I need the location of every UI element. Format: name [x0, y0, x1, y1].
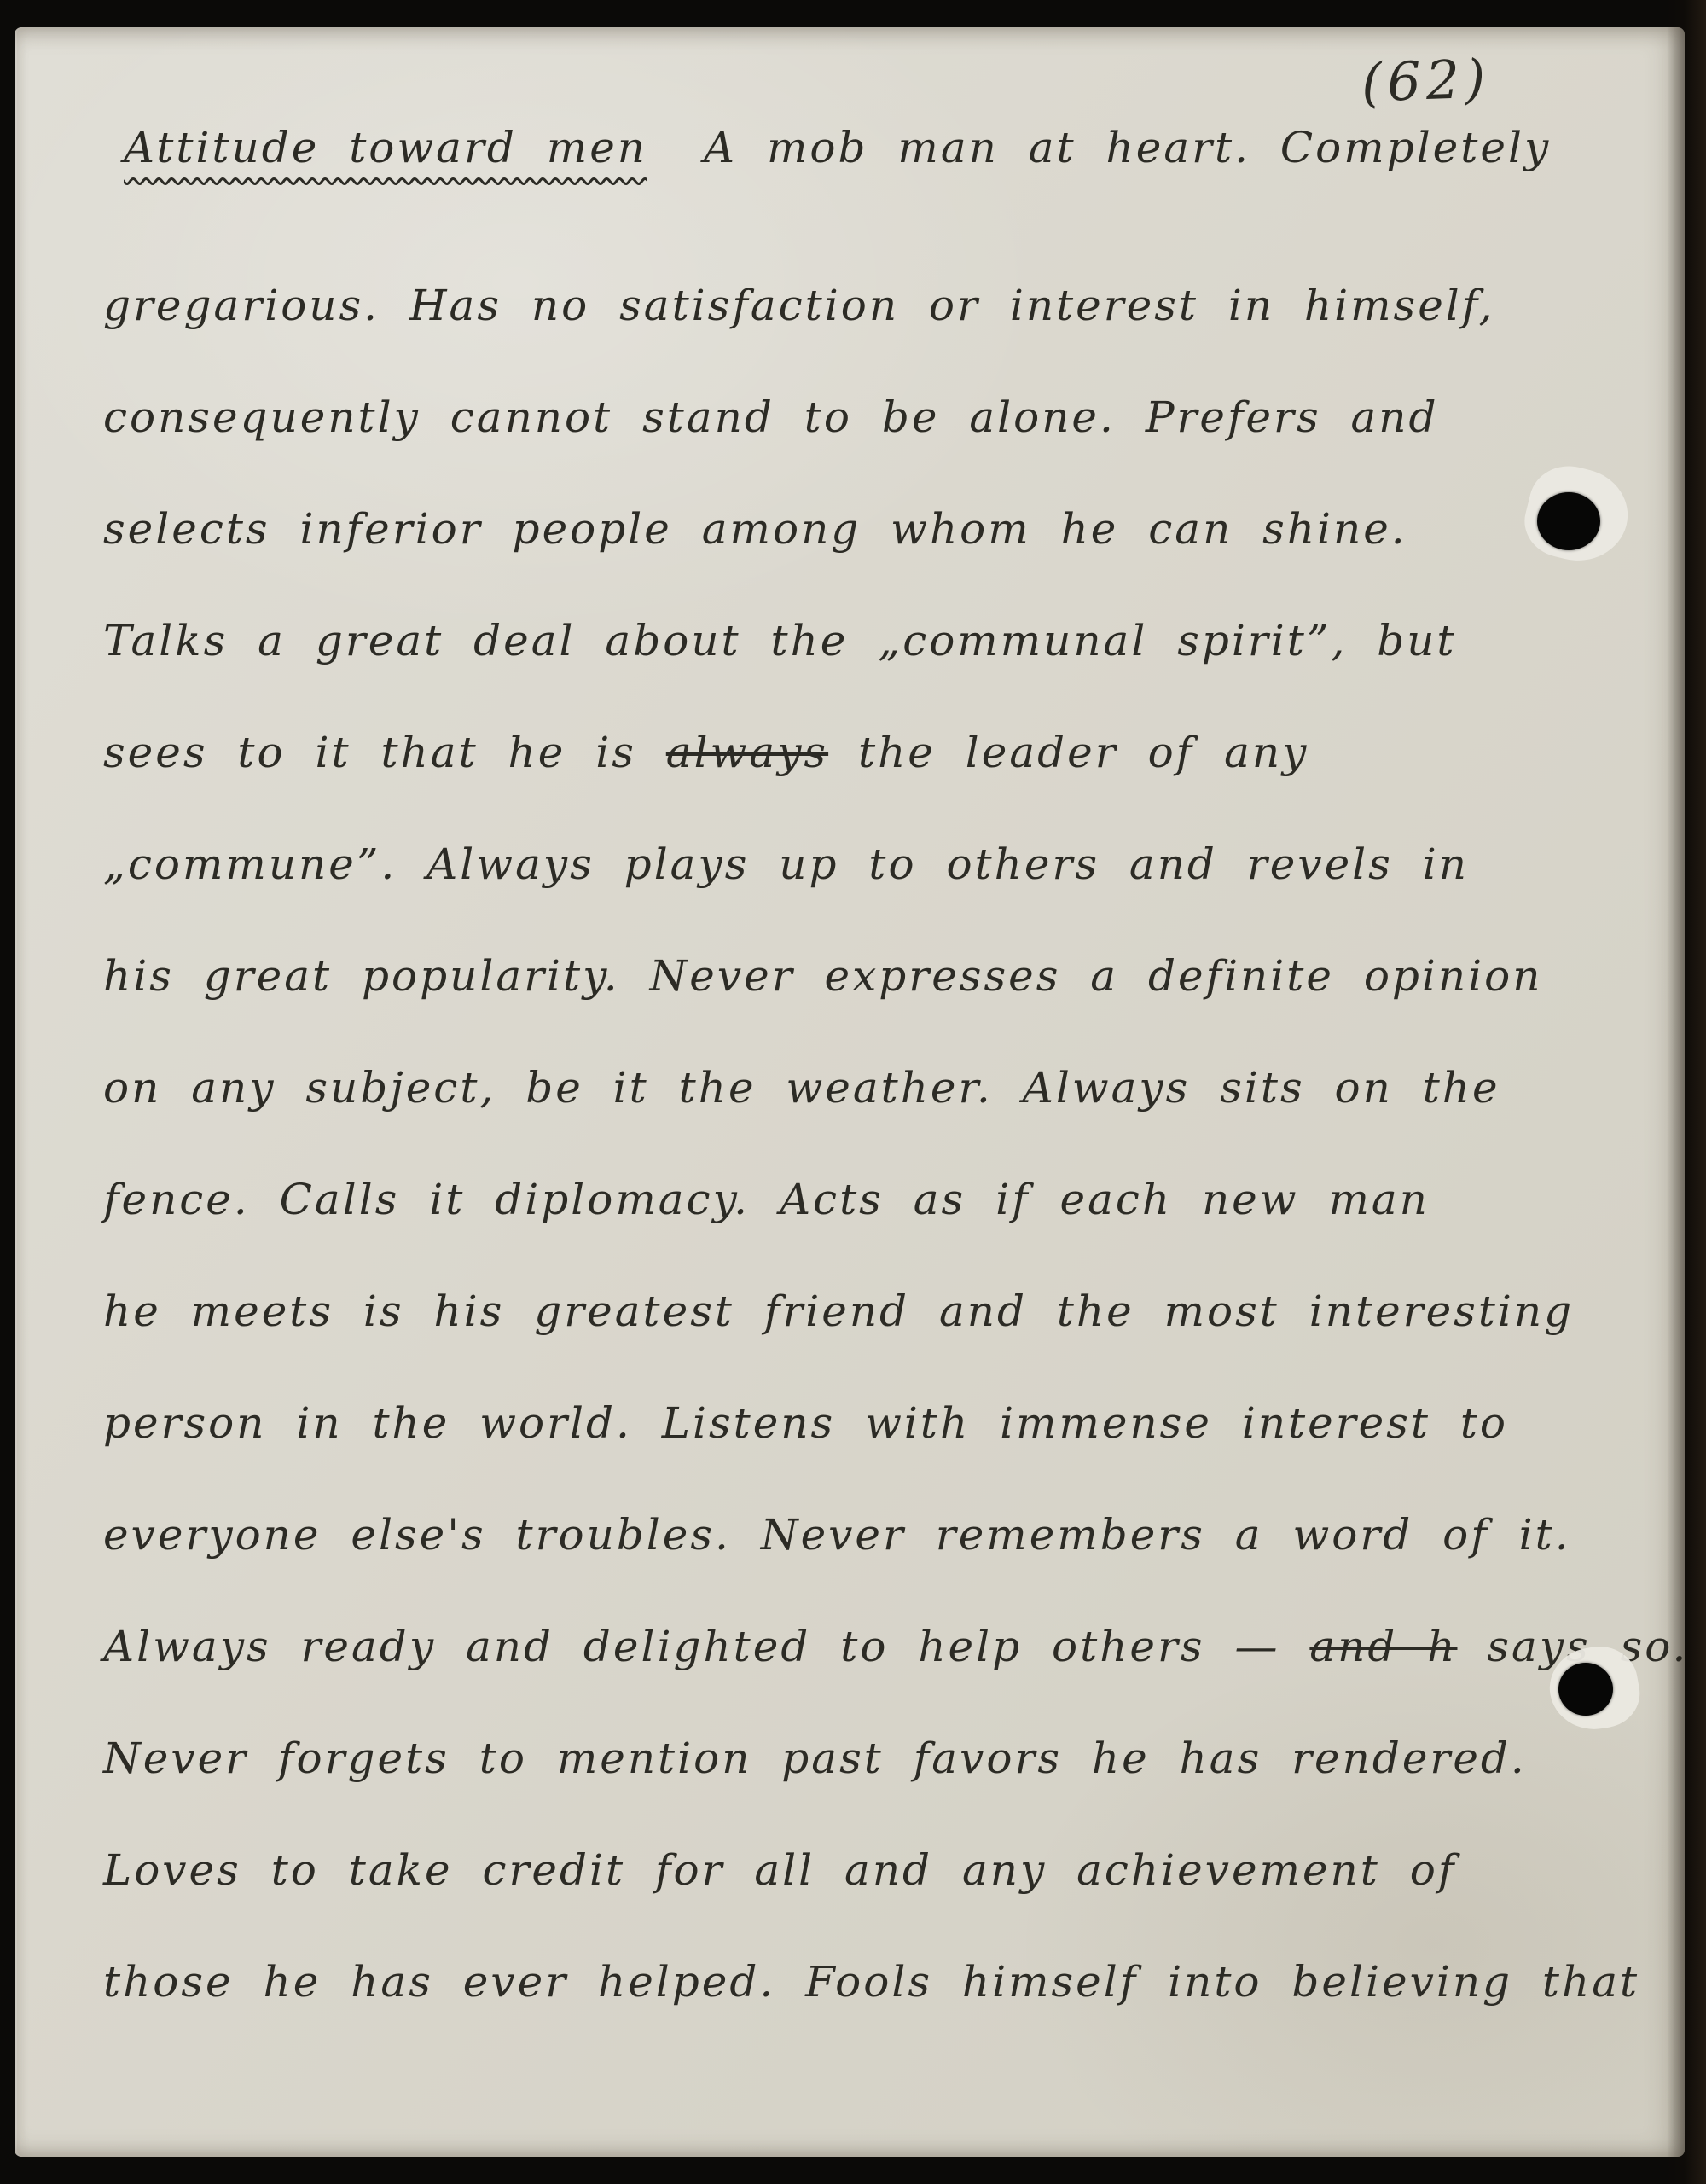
text-segment: everyone else's troubles. Never remember… [103, 1510, 1571, 1560]
manuscript-line-11: he meets is his greatest friend and the … [103, 1287, 1637, 1398]
manuscript-line-2: gregarious. Has no satisfaction or inter… [103, 281, 1637, 392]
hole-punch-icon [1537, 492, 1600, 550]
text-segment: Never forgets to mention past favors he … [103, 1734, 1527, 1783]
text-segment: his great popularity. Never expresses a … [103, 951, 1542, 1001]
scan-background: { "page": { "number": "(62)", "heading":… [0, 0, 1706, 2184]
manuscript-line-8: his great popularity. Never expresses a … [103, 951, 1637, 1063]
manuscript-text: Attitude toward menA mob man at heart. C… [103, 123, 1637, 2069]
text-segment: selects inferior people among whom he ca… [103, 504, 1407, 554]
manuscript-line-17: those he has ever helped. Fools himself … [103, 1957, 1637, 2069]
text-segment: Talks a great deal about the „communal s… [103, 616, 1457, 665]
text-segment: Always ready and delighted to help other… [103, 1622, 1309, 1671]
hole-punch-bottom [1524, 1635, 1652, 1746]
text-segment: he meets is his greatest friend and the … [103, 1287, 1574, 1336]
text-segment: always [666, 728, 828, 777]
manuscript-line-14: Always ready and delighted to help other… [103, 1622, 1637, 1734]
manuscript-line-7: „commune”. Always plays up to others and… [103, 839, 1637, 951]
text-segment: person in the world. Listens with immens… [103, 1398, 1508, 1448]
manuscript-line-10: fence. Calls it diplomacy. Acts as if ea… [103, 1175, 1637, 1287]
manuscript-page: (62) Attitude toward menA mob man at hea… [15, 27, 1685, 2157]
text-segment: gregarious. Has no satisfaction or inter… [103, 281, 1494, 330]
manuscript-line-1: Attitude toward menA mob man at heart. C… [103, 123, 1637, 235]
text-segment: the leader of any [828, 728, 1309, 777]
manuscript-line-12: person in the world. Listens with immens… [103, 1398, 1637, 1510]
text-segment: sees to it that he is [103, 728, 666, 777]
text-segment: on any subject, be it the weather. Alway… [103, 1063, 1500, 1112]
text-segment: fence. Calls it diplomacy. Acts as if ea… [103, 1175, 1430, 1224]
hole-punch-icon [1558, 1663, 1613, 1716]
section-heading: Attitude toward men [124, 123, 647, 172]
text-segment: „commune”. Always plays up to others and… [103, 839, 1469, 889]
manuscript-line-13: everyone else's troubles. Never remember… [103, 1510, 1637, 1622]
hole-punch-top [1503, 458, 1639, 578]
text-segment: and h [1309, 1622, 1457, 1671]
book-spine-shadow [1667, 0, 1706, 2184]
manuscript-line-16: Loves to take credit for all and any ach… [103, 1845, 1637, 1957]
manuscript-line-3: consequently cannot stand to be alone. P… [103, 392, 1637, 504]
text-segment: A mob man at heart. Completely [704, 123, 1551, 172]
manuscript-line-15: Never forgets to mention past favors he … [103, 1734, 1637, 1845]
text-segment: those he has ever helped. Fools himself … [103, 1957, 1639, 2007]
manuscript-line-5: Talks a great deal about the „communal s… [103, 616, 1637, 728]
manuscript-line-9: on any subject, be it the weather. Alway… [103, 1063, 1637, 1175]
manuscript-line-4: selects inferior people among whom he ca… [103, 504, 1637, 616]
text-segment: consequently cannot stand to be alone. P… [103, 392, 1439, 442]
manuscript-line-6: sees to it that he is always the leader … [103, 728, 1637, 839]
page-number: (62) [1360, 47, 1491, 113]
text-segment: Loves to take credit for all and any ach… [103, 1845, 1456, 1895]
